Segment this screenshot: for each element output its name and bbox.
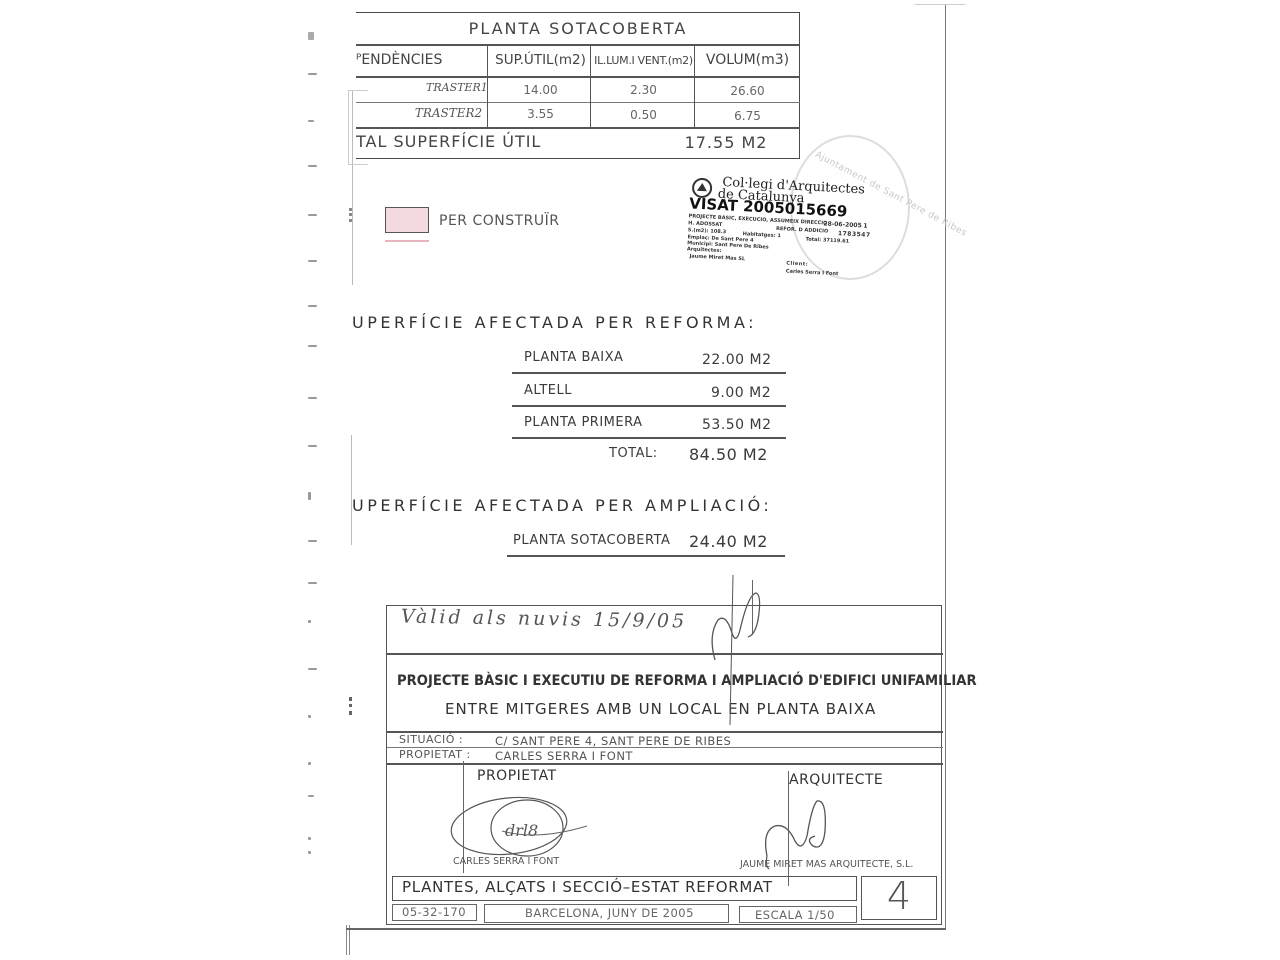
propietat-label: PROPIETAT : (399, 748, 471, 761)
reforma-row-value: 9.00 M2 (711, 385, 771, 401)
col-header-volum: VOLUM(m3) (695, 52, 800, 68)
sheet-border-top (915, 4, 965, 5)
owner-signature: drl8 (447, 786, 597, 866)
total-label: TAL SUPERFÍCIE ÚTIL (356, 132, 541, 151)
ampliacio-row-value: 24.40 M2 (689, 532, 768, 551)
stamp-client: Carles Serra I Font (786, 268, 839, 277)
svg-text:drl8: drl8 (505, 821, 538, 840)
table-title: PLANTA SOTACOBERTA (356, 19, 800, 38)
scan-artifact-box (348, 90, 368, 165)
project-title-line2: ENTRE MITGERES AMB UN LOCAL EN PLANTA BA… (445, 700, 876, 718)
title-block: Vàlid als nuvis 15/9/05 PROJECTE BÀSIC I… (386, 605, 942, 925)
stamp-page: 1 (863, 222, 868, 229)
legend-underline (385, 240, 429, 242)
row-name: TRASTER2 (411, 106, 486, 120)
stamp-line-g: Jaume Miret Mas SL (689, 253, 745, 262)
architect-heading: ARQUITECTE (789, 772, 883, 788)
place-date: BARCELONA, JUNY DE 2005 (525, 906, 694, 920)
handwritten-note: Vàlid als nuvis 15/9/05 (401, 606, 688, 633)
reforma-total-value: 84.50 M2 (689, 445, 768, 464)
reforma-heading: UPERFÍCIE AFECTADA PER REFORMA: (352, 313, 757, 332)
project-title-line1: PROJECTE BÀSIC I EXECUTIU DE REFORMA I A… (397, 673, 977, 689)
stamp-client-label: Client: (786, 260, 808, 267)
sheet-title: PLANTES, ALÇATS I SECCIÓ–ESTAT REFORMAT (402, 878, 773, 896)
sheet-border-right (945, 5, 946, 930)
situacio-value: C/ SANT PERE 4, SANT PERE DE RIBES (495, 734, 731, 748)
ampliacio-row-label: PLANTA SOTACOBERTA (513, 533, 670, 548)
propietat-value: CARLES SERRA I FONT (495, 749, 633, 763)
row-volum: 26.60 (695, 84, 800, 98)
project-code: 05-32-170 (402, 905, 466, 919)
col-header-sup-util: SUP.ÚTIL(m2) (489, 52, 592, 68)
col-header-dependencies: ᴾENDÈNCIES (356, 52, 451, 68)
owner-name: CARLES SERRA I FONT (453, 856, 559, 867)
reforma-row-value: 22.00 M2 (702, 352, 772, 368)
owner-heading: PROPIETAT (477, 768, 557, 784)
row-illum-vent: 2.30 (592, 83, 695, 97)
stamp-line-c3: Total: 37119.61 (805, 236, 849, 244)
ampliacio-heading: UPERFÍCIE AFECTADA PER AMPLIACIÓ: (352, 496, 772, 515)
row-volum: 6.75 (695, 109, 800, 123)
reforma-total-label: TOTAL: (609, 446, 658, 461)
legend-label: PER CONSTRUÏR (439, 213, 560, 229)
reforma-row-label: PLANTA PRIMERA (524, 415, 643, 430)
sheet-number: 4 (861, 874, 937, 918)
row-illum-vent: 0.50 (592, 108, 695, 122)
visa-signature (700, 575, 770, 735)
row-sup-util: 3.55 (489, 107, 592, 121)
sheet-border-bottom (346, 928, 946, 930)
total-value: 17.55 M2 (666, 133, 786, 152)
sotacoberta-table: PLANTA SOTACOBERTA ᴾENDÈNCIES SUP.ÚTIL(m… (356, 12, 800, 159)
row-sup-util: 14.00 (489, 83, 592, 97)
stamp-date: 28-06-2005 (823, 220, 862, 229)
visa-stamp: Col·legi d'Arquitectes de Catalunya VISA… (686, 175, 871, 284)
reforma-row-value: 53.50 M2 (702, 417, 772, 433)
situacio-label: SITUACIÓ : (399, 733, 463, 746)
architect-name: JAUME MIRET MAS ARQUITECTE, S.L. (740, 859, 913, 870)
reforma-row-label: ALTELL (524, 383, 572, 398)
row-name: TRASTER1 (426, 81, 484, 94)
legend-swatch (385, 207, 429, 233)
col-header-illum-vent: IL.LUM.I VENT.(m2) (592, 54, 695, 67)
reforma-row-label: PLANTA BAIXA (524, 350, 623, 365)
stamp-line-b2: REFOR. D ADDICIO (776, 226, 828, 235)
scale: ESCALA 1/50 (755, 908, 835, 922)
